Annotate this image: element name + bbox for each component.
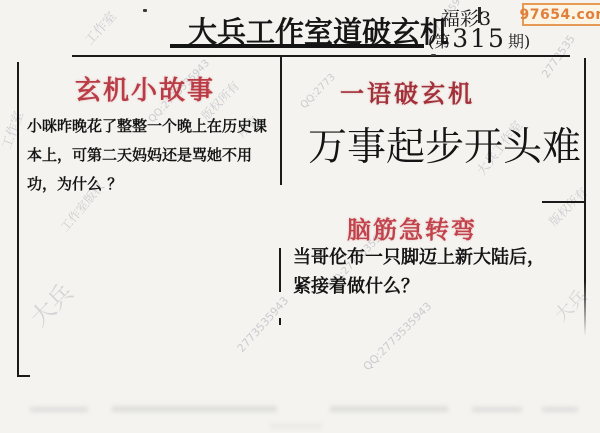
watermark-text: 2773535943 <box>235 294 292 355</box>
story-line: 小咪昨晚花了整整一个晚上在历史课 <box>27 112 279 141</box>
left-border-rule <box>17 62 19 376</box>
site-watermark-label: 97654.com <box>519 7 600 23</box>
scanned-lottery-sheet: 工作室 QQ:2773535943 版权所有 大兵 工作室版权 27735359… <box>0 0 600 433</box>
mystery-phrase: 万事起步开头难 <box>308 116 581 172</box>
lottery-label-cut-stroke <box>478 7 481 23</box>
column-divider-upper <box>280 57 282 185</box>
watermark-text: 工作室 <box>79 7 119 49</box>
scan-smudge <box>472 407 522 412</box>
scan-smudge <box>542 407 578 412</box>
issue-number-line: (第315期) <box>428 24 530 53</box>
right-border-tick <box>542 201 586 203</box>
story-line: 功，为什么 ？ <box>27 170 279 199</box>
site-watermark-box: 97654.com <box>522 3 600 26</box>
issue-number: 315 <box>450 24 508 53</box>
issue-suffix: 期) <box>508 32 530 51</box>
title-underline <box>170 44 424 48</box>
issue-prefix: (第 <box>428 32 450 51</box>
watermark-text: 大兵 <box>21 274 80 333</box>
watermark-text: QQ:2773535943 <box>361 300 435 374</box>
column-divider-fragment <box>279 318 281 325</box>
scan-speck <box>143 9 147 12</box>
riddle-section-heading: 脑筋急转弯 <box>347 210 477 245</box>
story-line: 本上，可第二天妈妈还是骂她不用 <box>27 141 279 170</box>
column-divider-lower <box>279 248 281 292</box>
riddle-line: 当哥伦布一只脚迈上新大陆后， <box>293 243 583 272</box>
story-section-heading: 玄机小故事 <box>75 70 215 107</box>
right-border-rule <box>584 58 586 336</box>
scan-smudge <box>270 424 322 428</box>
riddle-line: 紧接着做什么？ <box>293 272 583 301</box>
scan-smudge <box>30 407 88 412</box>
watermark-text: QQ:2773 <box>299 72 338 111</box>
riddle-text: 当哥伦布一只脚迈上新大陆后， 紧接着做什么？ <box>293 243 583 301</box>
left-border-foot <box>17 375 30 377</box>
scan-smudge <box>112 406 277 412</box>
story-text: 小咪昨晚花了整整一个晚上在历史课 本上，可第二天妈妈还是骂她不用 功，为什么 ？ <box>27 112 279 199</box>
scan-speck <box>431 54 436 56</box>
scan-smudge <box>330 406 448 412</box>
mystery-phrase-heading: 一语破玄机 <box>340 74 475 109</box>
top-rule <box>72 55 570 57</box>
watermark-text: 工作室 <box>0 108 27 151</box>
